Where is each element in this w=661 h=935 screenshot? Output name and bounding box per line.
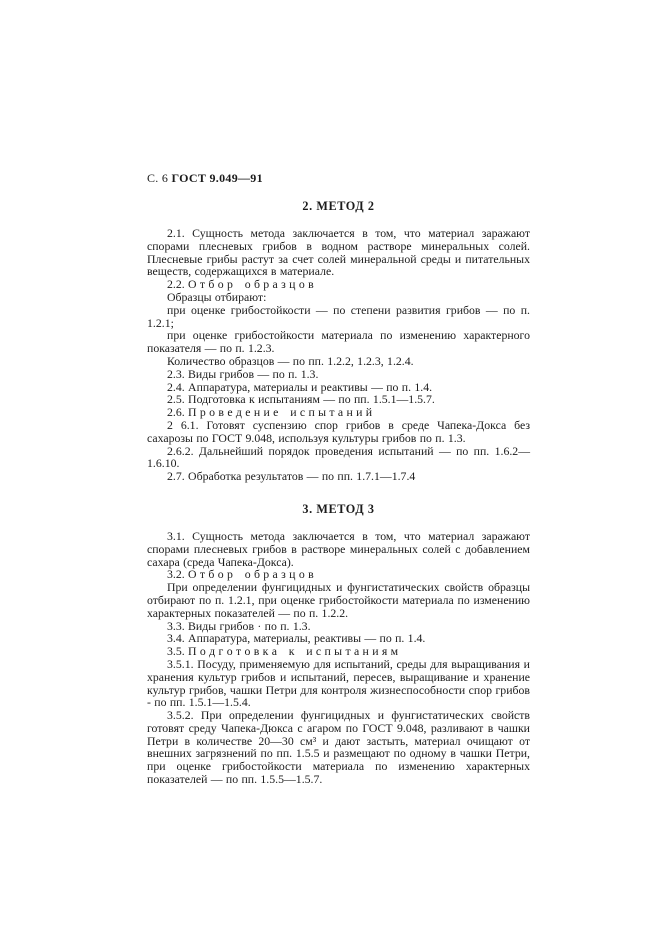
paragraph: 3.1. Сущность метода заключается в том, …: [147, 530, 530, 568]
paragraph: 2.3. Виды грибов — по п. 1.3.: [147, 368, 530, 381]
paragraph: Образцы отбирают:: [147, 291, 530, 304]
paragraph: Количество образцов — по пп. 1.2.2, 1.2.…: [147, 355, 530, 368]
paragraph: при оценке грибостойкости — по степени р…: [147, 304, 530, 330]
standard-number: ГОСТ 9.049—91: [172, 171, 263, 185]
paragraph: 3.5.1. Посуду, применяемую для испытаний…: [147, 658, 530, 709]
paragraph: 2.1. Сущность метода заключается в том, …: [147, 227, 530, 278]
section-3-heading: 3. МЕТОД 3: [147, 503, 530, 516]
page-number-label: С. 6: [147, 171, 172, 185]
section-method-2: 2. МЕТОД 2 2.1. Сущность метода заключае…: [147, 200, 530, 483]
paragraph: при оценке грибостойкости материала по и…: [147, 329, 530, 355]
paragraph: 2 6.1. Готовят суспензию спор грибов в с…: [147, 419, 530, 445]
paragraph: 2.6.2. Дальнейший порядок проведения исп…: [147, 445, 530, 471]
section-method-3: 3. МЕТОД 3 3.1. Сущность метода заключае…: [147, 503, 530, 786]
paragraph: 3.5. П о д г о т о в к а к и с п ы т а н…: [147, 645, 530, 658]
paragraph: При определении фунгицидных и фунгистати…: [147, 581, 530, 619]
paragraph: 3.5.2. При определении фунгицидных и фун…: [147, 709, 530, 786]
document-page: С. 6 ГОСТ 9.049—91 2. МЕТОД 2 2.1. Сущно…: [0, 0, 661, 935]
text-block: С. 6 ГОСТ 9.049—91 2. МЕТОД 2 2.1. Сущно…: [147, 172, 530, 786]
running-header: С. 6 ГОСТ 9.049—91: [147, 172, 530, 185]
section-2-heading: 2. МЕТОД 2: [147, 200, 530, 213]
paragraph: 2.7. Обработка результатов — по пп. 1.7.…: [147, 470, 530, 483]
